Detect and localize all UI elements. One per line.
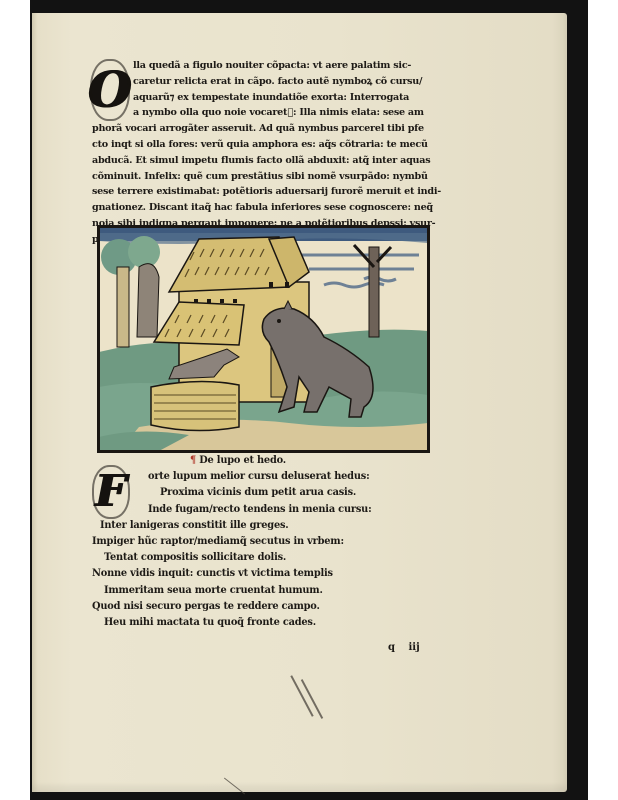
- prose-line: sese terrere existimabat: potẽtioris adu…: [92, 184, 452, 200]
- decorated-initial-f: F: [92, 465, 130, 519]
- verse-line: orte lupum melior cursu deluserat hedus:: [92, 469, 472, 485]
- ink-stroke-mark: [224, 778, 245, 795]
- verse-line: Quod nisi securo pergas te reddere campo…: [92, 599, 472, 615]
- prose-line: lla quedã a figulo nouiter cõpacta: vt a…: [92, 58, 452, 74]
- initial-flourish: [92, 465, 130, 519]
- fable-title: ¶ De lupo et hedo.: [92, 453, 472, 469]
- verse-line: Impiger hũc raptor/mediamq̃ secutus in v…: [92, 534, 472, 550]
- book-page: O lla quedã a figulo nouiter cõpacta: vt…: [32, 13, 567, 792]
- prose-line: a nymbo olla quo noie vocaretᷣ: Illa nim…: [92, 105, 452, 121]
- fable-two-verse: ¶ De lupo et hedo. orte lupum melior cur…: [92, 453, 472, 631]
- verse-line: Inde fugam/recto tendens in menia cursu:: [92, 502, 472, 518]
- prose-line: abducã. Et simul impetu flumis facto oll…: [92, 153, 452, 169]
- signature-mark: q iij: [388, 642, 420, 653]
- verse-line: Tentat compositis sollicitare dolis.: [92, 550, 472, 566]
- verse-line: Immeritam seua morte cruentat humum.: [92, 583, 472, 599]
- paragraph-mark: ¶: [190, 455, 196, 466]
- woodcut-illustration: [97, 225, 430, 453]
- prose-line: phorã vocari arrogãter asseruit. Ad quã …: [92, 121, 452, 137]
- prose-line: aquarũ⁊ ex tempestate inundatiõe exorta:…: [92, 90, 452, 106]
- prose-line: cõminuit. Infelix: quẽ cum prestãtius si…: [92, 169, 452, 185]
- wolf-and-kid-woodcut: [99, 227, 428, 451]
- verse-line: Nonne vidis inquit: cunctis vt victima t…: [92, 566, 472, 582]
- prose-line: cto inqt si olla fores: verũ quia amphor…: [92, 137, 452, 153]
- prose-line: gnationez. Discant itaq̃ hac fabula infe…: [92, 200, 452, 216]
- fable-one-prose: lla quedã a figulo nouiter cõpacta: vt a…: [92, 58, 452, 248]
- prose-line: caretur relicta erat in cãpo. facto autẽ…: [92, 74, 452, 90]
- verse-line: Proxima vicinis dum petit arua casis.: [92, 485, 472, 501]
- verse-line: Inter lanigeras constitit ille greges.: [92, 518, 472, 534]
- verse-line: Heu mihi mactata tu quoq̃ fronte cades.: [92, 615, 472, 631]
